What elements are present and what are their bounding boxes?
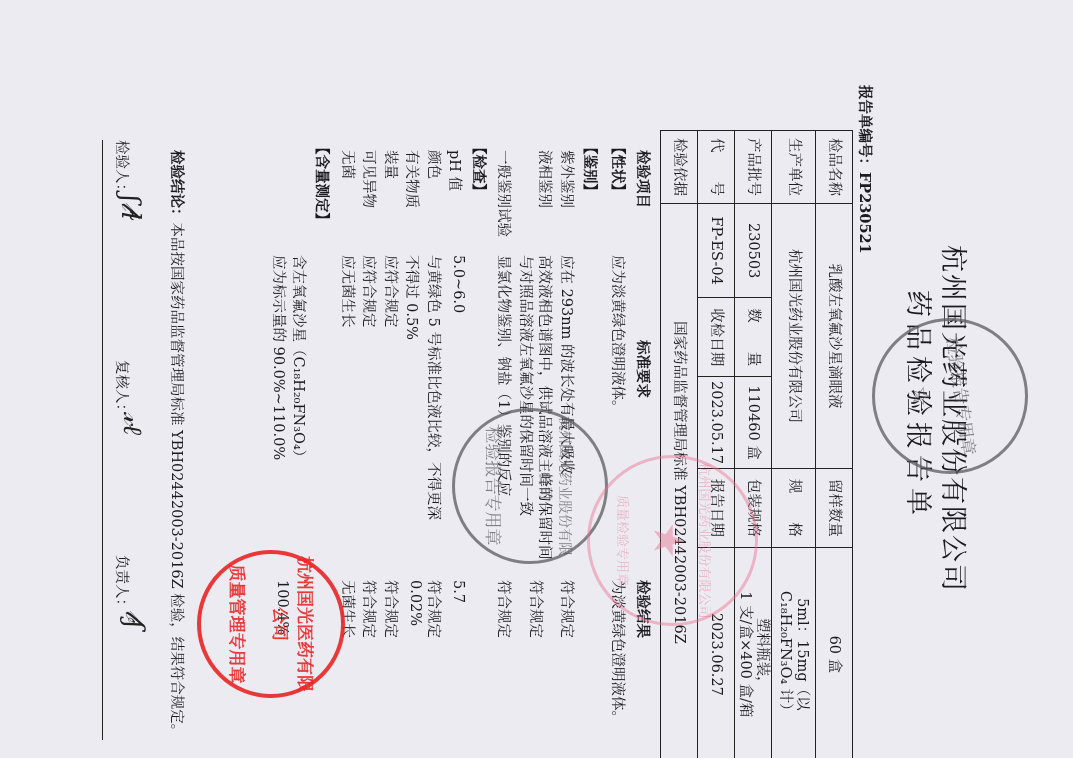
quality-management-stamp: 杭州国光医药有限公司 质量管理专用章 <box>197 550 345 698</box>
spec-label: 规 格 <box>772 469 816 548</box>
header-item: 检验项目 <box>633 150 654 208</box>
result-standard: 与黄绿色 5 号标准比色液比较，不得更深 <box>424 255 445 520</box>
report-number: 报告单编号：FP230521 <box>855 85 876 254</box>
received-date: 2023.05.17 <box>698 377 735 469</box>
result-value: 符合规定 <box>381 580 402 638</box>
result-standard: 应符合规定 <box>360 255 381 328</box>
packaging: 塑料瓶装，1 支/盒×400 盒/箱 <box>735 547 772 758</box>
section-title: 【检查】 <box>469 140 490 198</box>
report-date: 2023.06.27 <box>698 547 735 758</box>
result-standard: 含左氧氟沙星（C₁₈H₂₀FN₃O₄） <box>289 255 310 464</box>
spec-line-1: 5ml：15mg（以 <box>794 552 811 757</box>
manufacturer: 杭州国光药业股份有限公司 <box>772 203 816 468</box>
result-item: 一般鉴别试验 <box>495 150 516 237</box>
table-row: 产品批号 230503 数 量 110460 盒 包装规格 塑料瓶装，1 支/盒… <box>735 131 772 758</box>
result-value: 符合规定 <box>526 580 547 638</box>
quantity: 110460 盒 <box>735 377 772 469</box>
result-standard: 显氯化物鉴别、钠盐（1）鉴别的反应 <box>495 255 516 496</box>
conclusion-text: 本品按国家药品监督管理局标准 YBH02442003-2016Z 检验，结果符合… <box>168 223 184 739</box>
reviewer-signature: 𝓍ℓ <box>116 412 147 435</box>
retained-qty: 60 盒 <box>816 547 853 758</box>
result-item: 装量 <box>381 150 402 179</box>
table-row: 检品名称 乳酸左氧氟沙星滴眼液 留样数量 60 盒 <box>816 131 853 758</box>
product-name: 乳酸左氧氟沙星滴眼液 <box>816 203 853 468</box>
result-value: 符合规定 <box>495 580 516 638</box>
result-item: 颜色 <box>424 150 445 179</box>
result-item: 有关物质 <box>403 150 424 208</box>
report-number-label: 报告单编号： <box>856 85 873 172</box>
responsible-label: 负责人： <box>112 555 133 613</box>
result-value: 无菌生长 <box>338 580 359 638</box>
batch: 230503 <box>735 203 772 297</box>
batch-label: 产品批号 <box>735 131 772 204</box>
report-title: 药品检验报告单 <box>901 290 940 521</box>
packaging-label: 包装规格 <box>735 469 772 548</box>
table-row: 代 号 FP-ES-04 收检日期 2023.05.17 报告日期 2023.0… <box>698 131 735 758</box>
packaging-line-2: 1 支/盒×400 盒/箱 <box>736 552 753 757</box>
header-standard: 标准要求 <box>633 340 654 398</box>
result-standard: 应为淡黄绿色澄明液体。 <box>608 255 629 415</box>
section-title: 【含量测定】 <box>313 140 334 227</box>
responsible-signature: 𝒷ʃ <box>118 610 149 628</box>
conclusion-label: 检验结论： <box>168 150 185 223</box>
quantity-label: 数 量 <box>735 298 772 377</box>
section-title: 【性状】 <box>608 140 629 198</box>
code: FP-ES-04 <box>698 203 735 297</box>
result-value: 为淡黄绿色澄明液体。 <box>608 580 629 725</box>
received-date-label: 收检日期 <box>698 298 735 377</box>
result-item: 可见异物 <box>360 150 381 208</box>
report-date-label: 报告日期 <box>698 469 735 548</box>
company-title: 杭州国光药业股份有限公司 <box>936 245 975 593</box>
basis: 国家药品监督管理局标准 YBH02442003-2016Z <box>661 203 698 758</box>
result-item: pH 值 <box>446 150 467 191</box>
product-name-label: 检品名称 <box>816 131 853 204</box>
result-standard: 与对照品溶液左氧氟沙星的保留时间一致 <box>516 255 537 516</box>
spec-line-2: C₁₈H₂₀FN₃O₄ 计） <box>777 552 794 757</box>
manufacturer-label: 生产单位 <box>772 131 816 204</box>
code-label: 代 号 <box>698 131 735 204</box>
signature-line <box>102 140 103 740</box>
result-value: 0.02% <box>408 580 424 626</box>
packaging-line-1: 塑料瓶装， <box>753 552 770 757</box>
conclusion: 检验结论：本品按国家药品监督管理局标准 YBH02442003-2016Z 检验… <box>167 150 188 738</box>
retained-qty-label: 留样数量 <box>816 469 853 548</box>
table-row: 生产单位 杭州国光药业股份有限公司 规 格 5ml：15mg（以C₁₈H₂₀FN… <box>772 131 816 758</box>
scanned-document-frame: 杭州国光药业股份有限公司 药品检验报告单 报告单编号：FP230521 检品名称… <box>0 0 1073 758</box>
product-info-table: 检品名称 乳酸左氧氟沙星滴眼液 留样数量 60 盒 生产单位 杭州国光药业股份有… <box>660 130 853 758</box>
reviewer-label: 复核人： <box>112 360 133 418</box>
result-value: 符合规定 <box>557 580 578 638</box>
section-title: 【鉴别】 <box>581 140 602 198</box>
inspector-signature: ʃ𝓁ɫ <box>114 195 145 221</box>
result-value: 5.7 <box>451 580 467 603</box>
report-number-value: FP230521 <box>856 172 873 254</box>
spec: 5ml：15mg（以C₁₈H₂₀FN₃O₄ 计） <box>772 547 816 758</box>
result-item: 紫外鉴别 <box>557 150 578 208</box>
header-result: 检验结果 <box>633 580 654 638</box>
result-standard: 5.0~6.0 <box>451 255 467 313</box>
result-standard: 应在 293nm 的波长处有最大吸收 <box>557 255 578 474</box>
result-value: 100.4% <box>275 580 291 635</box>
inspector-label: 检验人： <box>112 140 133 198</box>
result-standard: 应符合规定 <box>381 255 402 328</box>
table-row: 检验依据 国家药品监督管理局标准 YBH02442003-2016Z <box>661 131 698 758</box>
result-item: 无菌 <box>338 150 359 179</box>
result-standard: 高效液相色谱图中，供试品溶液主峰的保留时间 <box>536 255 557 560</box>
result-value: 符合规定 <box>360 580 381 638</box>
result-value: 符合规定 <box>424 580 445 638</box>
basis-label: 检验依据 <box>661 131 698 204</box>
result-standard: 应为标示量的 90.0%~110.0% <box>270 255 291 460</box>
inspection-report-page: 杭州国光药业股份有限公司 药品检验报告单 报告单编号：FP230521 检品名称… <box>0 0 1073 758</box>
result-standard: 应无菌生长 <box>338 255 359 328</box>
result-standard: 不得过 0.5% <box>403 255 424 340</box>
result-item: 液相鉴别 <box>536 150 557 208</box>
